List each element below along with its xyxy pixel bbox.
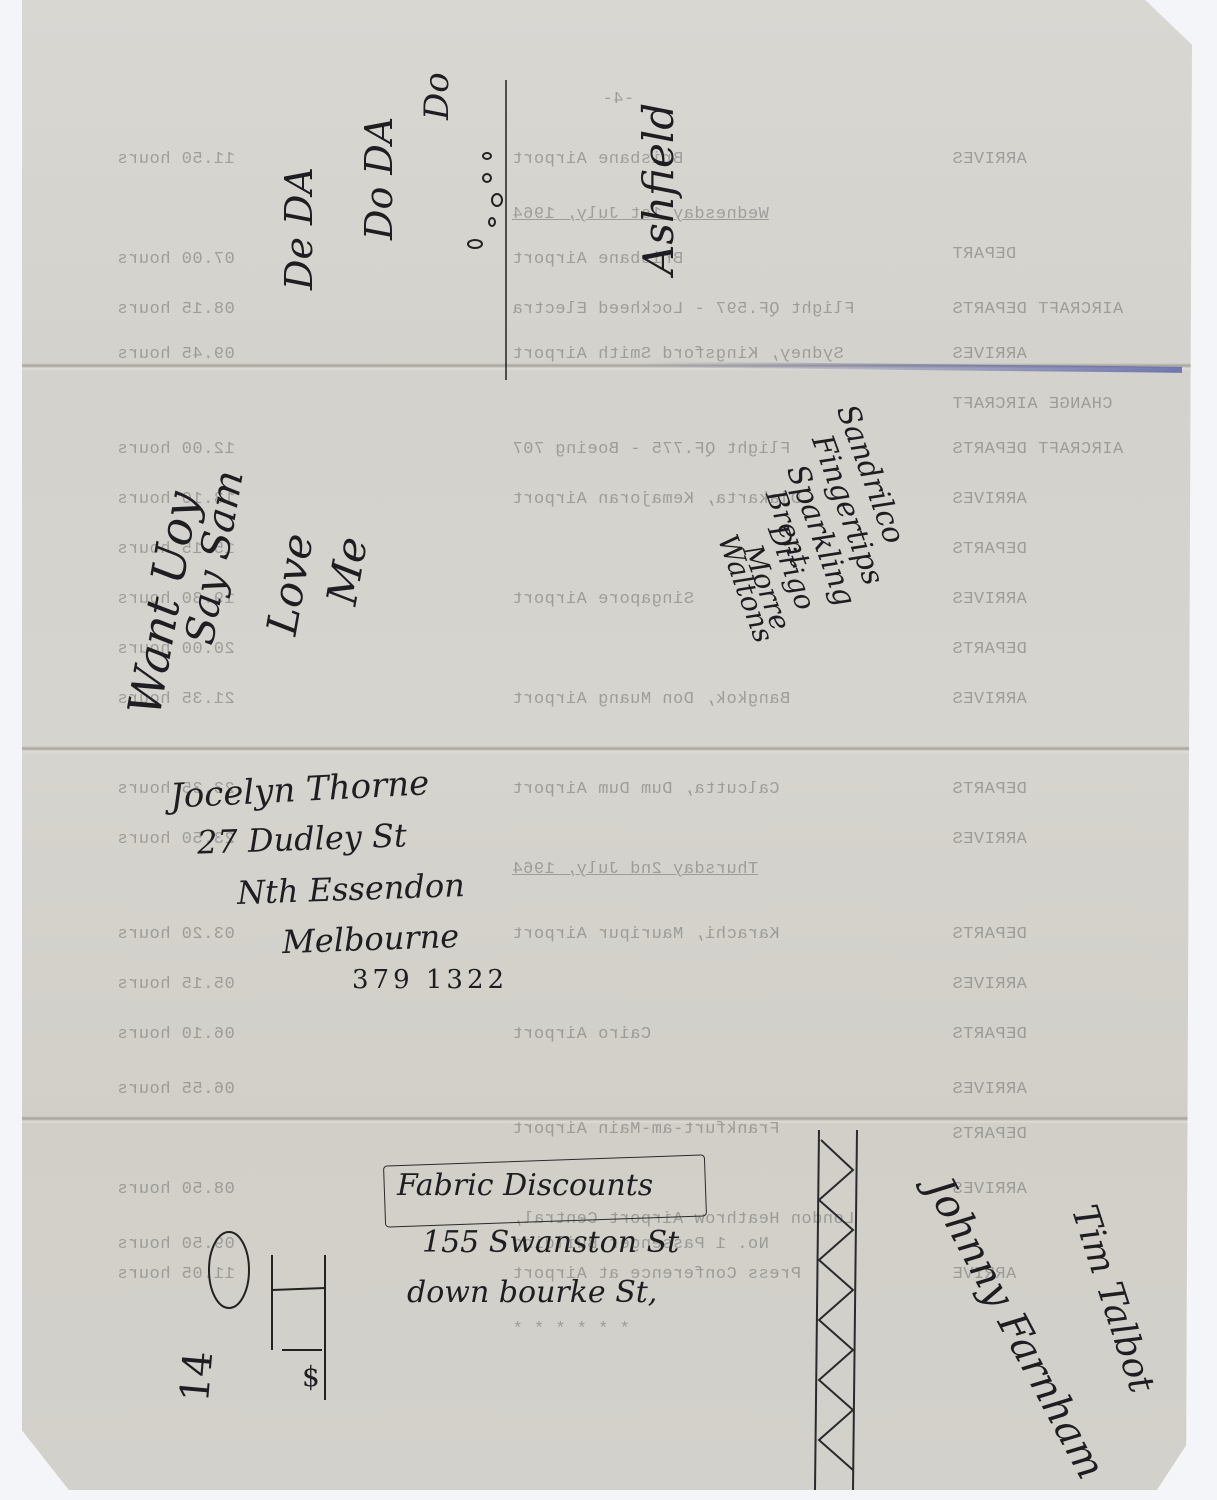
typed-entry: Sydney, Kingsford Smith Airport [512, 345, 844, 364]
typed-entry: Calcutta, Dum Dum Airport [512, 780, 780, 799]
address-name: Jocelyn Thorne [169, 763, 430, 817]
typed-entry: * * * * * * [512, 1320, 630, 1339]
typed-entry: Thursday 2nd July, 1964 [512, 860, 758, 879]
fold-crease [22, 746, 1192, 754]
typed-entry: Cairo Airport [512, 1025, 651, 1044]
sketch-dollar: $ [302, 1360, 320, 1393]
typed-label: DEPARTS [952, 925, 1027, 944]
typed-time: 09.45 hours [117, 345, 235, 364]
typed-label: ARRIVES [952, 150, 1027, 169]
typed-time: 11.50 hours [117, 150, 235, 169]
address-phone: 379 1322 [352, 965, 508, 995]
typed-label: DEPARTS [952, 1125, 1027, 1144]
typed-time: 06.55 hours [117, 1080, 235, 1099]
typed-label: DEPARTS [952, 780, 1027, 799]
typed-label: AIRCRAFT DEPARTS [952, 300, 1123, 319]
signature-top: Ashfield [634, 103, 683, 275]
typed-time: 08.50 hours [117, 1180, 235, 1199]
typed-entry: Flight QF.775 - Boeing 707 [512, 440, 790, 459]
doodle-dots [452, 150, 512, 260]
typed-label: ARRIVES [952, 830, 1027, 849]
typed-time: 03.20 hours [117, 925, 235, 944]
typed-label: DEPARTS [952, 1025, 1027, 1044]
address-street: 27 Dudley St [196, 816, 407, 861]
lyric-line-3: Love [257, 530, 323, 639]
typed-entry: Flight QF.597 - Lockheed Electra [512, 300, 854, 319]
shop-street: 155 Swanston St [422, 1225, 679, 1260]
typed-label: ARRIVES [952, 345, 1027, 364]
doodle-text-1: De DA [277, 167, 321, 290]
address-city: Melbourne [281, 917, 459, 961]
typed-entry: Singapore Airport [512, 590, 694, 609]
document-sheet: -4- ARRIVESDEPARTAIRCRAFT DEPARTSARRIVES… [22, 0, 1192, 1490]
typed-label: ARRIVES [952, 690, 1027, 709]
typed-label: DEPART [952, 245, 1016, 264]
typed-entry: Karachi, Mauripur Airport [512, 925, 780, 944]
typed-entry: Djakarta, Kemajoran Airport [512, 490, 801, 509]
typed-entry: Bangkok, Don Muang Airport [512, 690, 790, 709]
address-suburb: Nth Essendon [236, 866, 465, 912]
autograph-tim-talbot: Tim Talbot [1063, 1200, 1162, 1398]
shop-title: Fabric Discounts [397, 1168, 653, 1203]
lyric-line-4: Me [317, 533, 377, 608]
sketch-number: 14 [172, 1349, 222, 1404]
doodle-text-2: Do DA [357, 117, 401, 240]
ink-vertical-line [504, 80, 508, 380]
typed-label: AIRCRAFT DEPARTS [952, 440, 1123, 459]
typed-time: 06.10 hours [117, 1025, 235, 1044]
typed-label: CHANGE AIRCRAFT [952, 395, 1113, 414]
shop-note: down bourke St, [407, 1275, 657, 1310]
typed-label: ARRIVES [952, 490, 1027, 509]
typed-time: 05.15 hours [117, 975, 235, 994]
typed-time: 07.00 hours [117, 250, 235, 269]
typed-label: DEPARTS [952, 640, 1027, 659]
typed-label: ARRIVES [952, 590, 1027, 609]
ladder-sketch [807, 1130, 867, 1500]
typed-time: 08.15 hours [117, 300, 235, 319]
typed-label: ARRIVES [952, 1080, 1027, 1099]
page-marker: -4- [602, 90, 634, 109]
typed-label: ARRIVES [952, 975, 1027, 994]
doodle-text-3: Do [417, 72, 457, 120]
typed-label: DEPARTS [952, 540, 1027, 559]
typed-time: 12.00 hours [117, 440, 235, 459]
typed-entry: Frankfurt-am-Main Airport [512, 1120, 780, 1139]
